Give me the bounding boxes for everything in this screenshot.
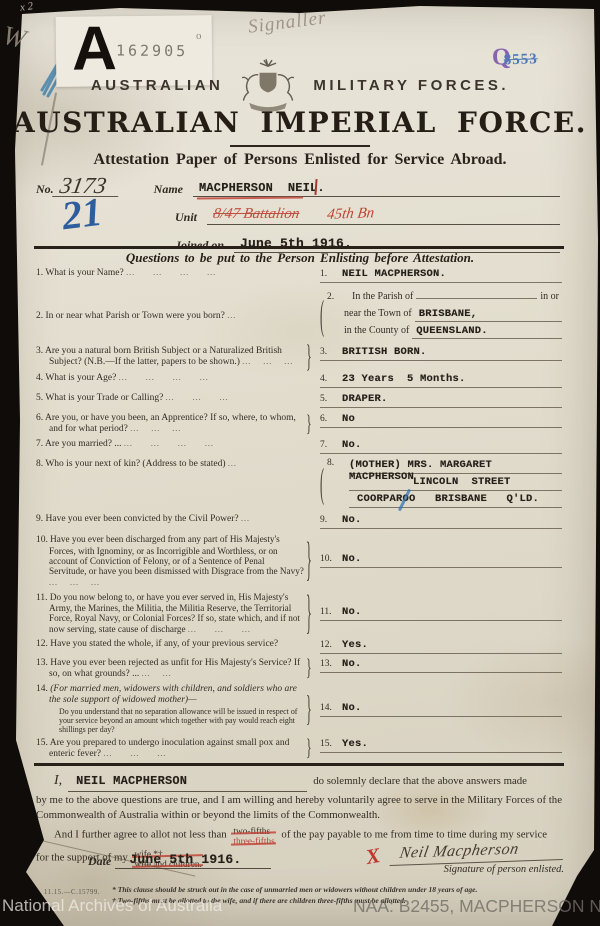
title-underline [230, 145, 370, 147]
answer-value: No [342, 413, 562, 425]
question-row-13: 13. Have you ever been rejected as unfit… [36, 658, 562, 680]
question-brace [306, 735, 312, 764]
footnotes: * This clause should be struck out in th… [112, 884, 576, 906]
declared-name: NEIL MACPHERSON [68, 773, 307, 792]
answer-value: COORPAROO BRISBANE Q'LD. [357, 493, 539, 505]
answer-brace [320, 477, 324, 492]
county-line: in the County of QUEENSLAND. [327, 325, 562, 339]
unit-label: Unit [175, 210, 197, 225]
next-of-kin-line: 8.(MOTHER) MRS. MARGARET MACPHERSON [349, 459, 562, 474]
town-line: near the Town of BRISBANE, [327, 308, 562, 322]
question-brace [306, 531, 312, 591]
question-row-15: 15. Are you prepared to undergo inoculat… [36, 738, 562, 760]
answer-value: NEIL MACPHERSON. [342, 268, 562, 280]
answer-value: Yes. [342, 738, 562, 750]
form-title: AUSTRALIAN IMPERIAL FORCE. [0, 106, 600, 139]
next-of-kin-line: LINCOLN STREET [349, 476, 562, 491]
unit-struck-value: 8/47 Battalion [212, 206, 301, 223]
question-row-4: 4. What is your Age? ... ... ... ... 4.2… [36, 373, 562, 388]
unit-row: Unit 8/47 Battalion 45th Bn [36, 205, 560, 225]
allot-option-struck: two-fifths [233, 827, 274, 837]
signature-block: X Neil Macpherson Signature of person en… [392, 842, 564, 875]
question-brace [306, 583, 312, 643]
question-row-1: 1. What is your Name? ... ... ... ... 1.… [36, 268, 562, 283]
allot-option-struck: three-fifths [233, 837, 274, 847]
signature: Neil Macpherson [390, 839, 567, 866]
name-line: MACPHERSON NEIL. [193, 181, 560, 197]
answer-value: BRISBANE, [419, 308, 478, 320]
question-row-8: 8. Who is your next of kin? (Address to … [36, 459, 562, 510]
name-label: Name [154, 182, 183, 197]
section-rule-bottom [34, 763, 564, 766]
answer-value: BRITISH BORN. [342, 346, 562, 358]
unit-line: 8/47 Battalion 45th Bn [207, 206, 560, 225]
next-of-kin-line: COORPAROO BRISBANE Q'LD. [349, 493, 562, 508]
footnote-1: * This clause should be struck out in th… [112, 884, 576, 895]
pencil-mark: o [196, 30, 202, 42]
signature-caption: Signature of person enlisted. [392, 864, 564, 875]
answer-value: No. [342, 553, 562, 565]
printer-code: 11.15.—C.15799. [44, 889, 100, 896]
pencil-annotation: Signaller [247, 7, 328, 38]
answer-value: LINCOLN STREET [413, 476, 511, 488]
question-row-12: 12. Have you stated the whole, if any, o… [36, 639, 562, 654]
form-subtitle: Attestation Paper of Persons Enlisted fo… [0, 151, 600, 169]
answer-value: No. [342, 514, 562, 526]
declaration-body: by me to the above questions are true, a… [36, 793, 562, 824]
answer-value: Yes. [342, 639, 562, 651]
question-row-5: 5. What is your Trade or Calling? ... ..… [36, 393, 562, 408]
name-value: MACPHERSON NEIL. [199, 181, 325, 195]
footnote-2: † Two-fifths must be allotted to the wif… [112, 895, 576, 906]
answer-value: No. [342, 658, 562, 670]
pencil-corner-marks: x 2 [19, 0, 34, 14]
question-row-11: 11. Do you now belong to, or have you ev… [36, 592, 562, 635]
age-annotation: 21 [59, 188, 104, 240]
parish-line: 2. In the Parish of in or [327, 291, 562, 305]
question-row-2: 2. In or near what Parish or Town were y… [36, 291, 562, 342]
answer-value: No. [342, 439, 562, 451]
header-australian: AUSTRALIAN [91, 77, 224, 94]
question-row-7: 7. Are you married? ... ... ... ... ... … [36, 439, 562, 454]
header-military-forces: MILITARY FORCES. [313, 77, 509, 94]
question-row-14: 14. (For married men, widowers with chil… [36, 684, 562, 735]
questions-section: 1. What is your Name? ... ... ... ... 1.… [36, 268, 562, 760]
question-brace [306, 687, 312, 732]
date-value: June 5th 1916. [115, 852, 271, 869]
answer-value: QUEENSLAND. [416, 325, 488, 337]
question-brace [306, 654, 312, 683]
question-row-3: 3. Are you a natural born British Subjec… [36, 346, 562, 368]
scanned-document: A 162905 Signaller o Q8553 AUSTRALIAN [0, 0, 600, 926]
declaration-line1: I, NEIL MACPHERSON do solemnly declare t… [36, 771, 562, 792]
answer-brace [320, 309, 324, 324]
section-rule-top [34, 246, 564, 249]
attestation-paper: A 162905 Signaller o Q8553 AUSTRALIAN [0, 0, 600, 926]
no-label: No. [36, 182, 54, 197]
answer-value: DRAPER. [342, 393, 562, 405]
question-brace [306, 410, 312, 439]
question-row-6: 6. Are you, or have you been, an Apprent… [36, 413, 562, 435]
question-brace [306, 338, 312, 377]
unit-revised-value: 45th Bn [326, 205, 375, 224]
question-row-9: 9. Have you ever been convicted by the C… [36, 514, 562, 529]
answer-value: 23 Years 5 Months. [342, 373, 562, 385]
joined-value: June 5th 1916. [240, 236, 352, 251]
declaration-pronoun: I, [54, 771, 62, 791]
red-underline [197, 196, 303, 199]
questions-header: Questions to be put to the Person Enlist… [0, 250, 600, 266]
question-row-10: 10. Have you ever been discharged from a… [36, 534, 562, 587]
answer-value: No. [342, 606, 562, 618]
service-number-row: No. 3173 Name MACPHERSON NEIL. [36, 177, 560, 197]
allot-options: two-fifths three-fifths [233, 827, 274, 848]
answer-value: No. [342, 702, 562, 714]
date-field: Date June 5th 1916. [88, 852, 271, 869]
